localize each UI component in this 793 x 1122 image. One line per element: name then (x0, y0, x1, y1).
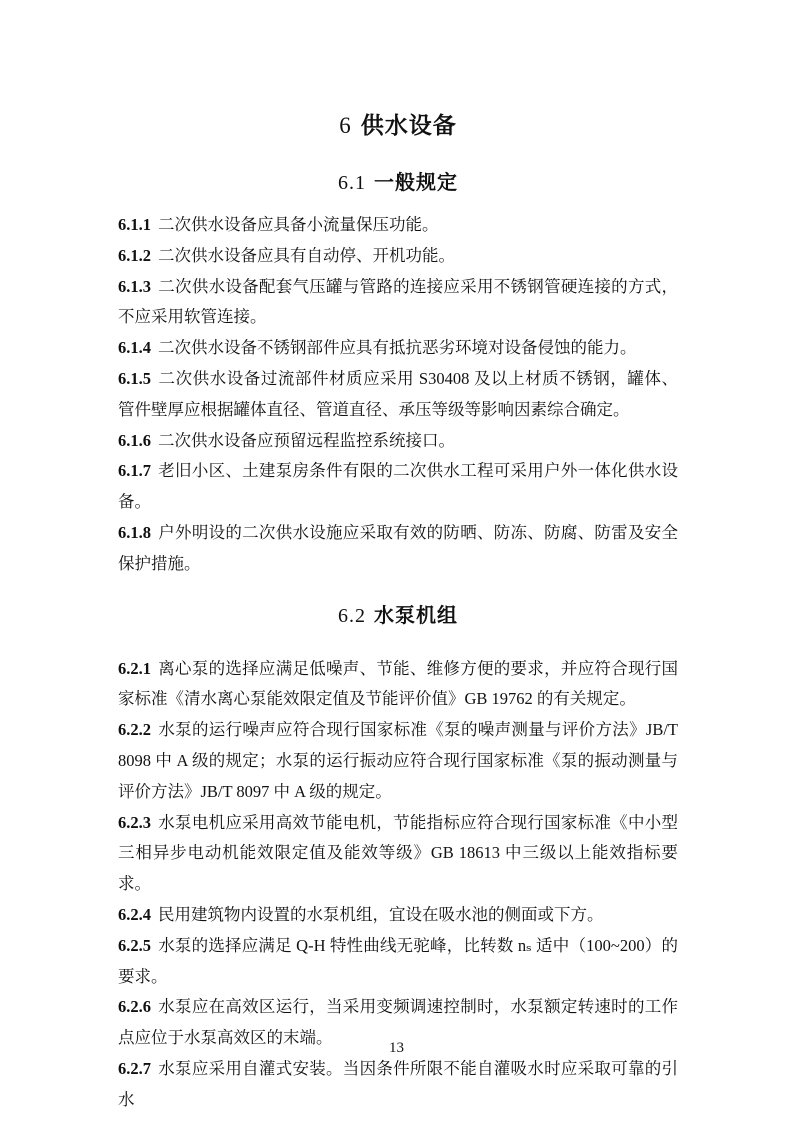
clause-text: 老旧小区、土建泵房条件有限的二次供水工程可采用户外一体化供水设备。 (118, 461, 678, 511)
section-name: 水泵机组 (374, 605, 458, 627)
clause-number: 6.1.8 (118, 523, 151, 542)
clause-number: 6.2.2 (118, 720, 151, 739)
chapter-number: 6 (339, 113, 352, 138)
clause-6-2-5: 6.2.5水泵的选择应满足 Q-H 特性曲线无驼峰，比转数 nₛ 适中（100~… (118, 931, 678, 993)
clause-number: 6.2.4 (118, 905, 151, 924)
page-content: 6供水设备 6.1一般规定 6.1.1二次供水设备应具备小流量保压功能。 6.1… (118, 0, 678, 1116)
clause-6-1-1: 6.1.1二次供水设备应具备小流量保压功能。 (118, 210, 678, 241)
clause-6-2-3: 6.2.3水泵电机应采用高效节能电机，节能指标应符合现行国家标准《中小型三相异步… (118, 808, 678, 900)
clause-text: 水泵电机应采用高效节能电机，节能指标应符合现行国家标准《中小型三相异步电动机能效… (118, 813, 678, 894)
clause-number: 6.1.6 (118, 431, 151, 450)
clause-text: 二次供水设备配套气压罐与管路的连接应采用不锈钢管硬连接的方式，不应采用软管连接。 (118, 277, 678, 327)
chapter-title: 6供水设备 (118, 0, 678, 142)
clause-6-1-5: 6.1.5二次供水设备过流部件材质应采用 S30408 及以上材质不锈钢，罐体、… (118, 364, 678, 426)
clause-6-1-8: 6.1.8户外明设的二次供水设施应采取有效的防晒、防冻、防腐、防雷及安全保护措施… (118, 518, 678, 580)
clause-number: 6.1.7 (118, 461, 151, 480)
clause-text: 二次供水设备应具备小流量保压功能。 (158, 215, 439, 234)
clause-text: 二次供水设备过流部件材质应采用 S30408 及以上材质不锈钢，罐体、管件壁厚应… (118, 369, 678, 419)
clause-6-1-3: 6.1.3二次供水设备配套气压罐与管路的连接应采用不锈钢管硬连接的方式，不应采用… (118, 272, 678, 334)
section-6-1-clauses: 6.1.1二次供水设备应具备小流量保压功能。 6.1.2二次供水设备应具有自动停… (118, 210, 678, 580)
clause-number: 6.2.5 (118, 936, 151, 955)
clause-6-1-6: 6.1.6二次供水设备应预留远程监控系统接口。 (118, 426, 678, 457)
clause-6-1-7: 6.1.7老旧小区、土建泵房条件有限的二次供水工程可采用户外一体化供水设备。 (118, 456, 678, 518)
section-name: 一般规定 (374, 172, 458, 194)
clause-6-1-4: 6.1.4二次供水设备不锈钢部件应具有抵抗恶劣环境对设备侵蚀的能力。 (118, 333, 678, 364)
clause-text: 离心泵的选择应满足低噪声、节能、维修方便的要求，并应符合现行国家标准《清水离心泵… (118, 659, 678, 709)
clause-number: 6.1.2 (118, 246, 151, 265)
clause-text: 二次供水设备应预留远程监控系统接口。 (158, 431, 455, 450)
clause-6-2-1: 6.2.1离心泵的选择应满足低噪声、节能、维修方便的要求，并应符合现行国家标准《… (118, 654, 678, 716)
clause-6-2-4: 6.2.4民用建筑物内设置的水泵机组，宜设在吸水池的侧面或下方。 (118, 900, 678, 931)
clause-text: 水泵的选择应满足 Q-H 特性曲线无驼峰，比转数 nₛ 适中（100~200）的… (118, 936, 678, 986)
clause-text: 二次供水设备应具有自动停、开机功能。 (158, 246, 455, 265)
page-number: 13 (0, 1038, 793, 1058)
clause-text: 水泵的运行噪声应符合现行国家标准《泵的噪声测量与评价方法》JB/T 8098 中… (118, 720, 678, 801)
clause-number: 6.1.1 (118, 215, 151, 234)
clause-6-2-7: 6.2.7水泵应采用自灌式安装。当因条件所限不能自灌吸水时应采取可靠的引水 (118, 1054, 678, 1116)
clause-6-1-2: 6.1.2二次供水设备应具有自动停、开机功能。 (118, 241, 678, 272)
section-number: 6.1 (338, 172, 366, 194)
clause-number: 6.1.5 (118, 369, 151, 388)
clause-number: 6.2.3 (118, 813, 151, 832)
clause-number: 6.2.1 (118, 659, 151, 678)
clause-text: 民用建筑物内设置的水泵机组，宜设在吸水池的侧面或下方。 (158, 905, 604, 924)
clause-text: 二次供水设备不锈钢部件应具有抵抗恶劣环境对设备侵蚀的能力。 (158, 338, 637, 357)
clause-number: 6.2.7 (118, 1059, 151, 1078)
chapter-name: 供水设备 (361, 113, 457, 138)
clause-text: 户外明设的二次供水设施应采取有效的防晒、防冻、防腐、防雷及安全保护措施。 (118, 523, 678, 573)
section-heading-6-2: 6.2水泵机组 (118, 602, 678, 630)
section-number: 6.2 (338, 605, 366, 627)
clause-number: 6.2.6 (118, 997, 151, 1016)
clause-number: 6.1.4 (118, 338, 151, 357)
document-page: 6供水设备 6.1一般规定 6.1.1二次供水设备应具备小流量保压功能。 6.1… (0, 0, 793, 1122)
clause-text: 水泵应采用自灌式安装。当因条件所限不能自灌吸水时应采取可靠的引水 (118, 1059, 678, 1109)
section-heading-6-1: 6.1一般规定 (118, 169, 678, 197)
clause-6-2-2: 6.2.2水泵的运行噪声应符合现行国家标准《泵的噪声测量与评价方法》JB/T 8… (118, 715, 678, 807)
clause-number: 6.1.3 (118, 277, 151, 296)
